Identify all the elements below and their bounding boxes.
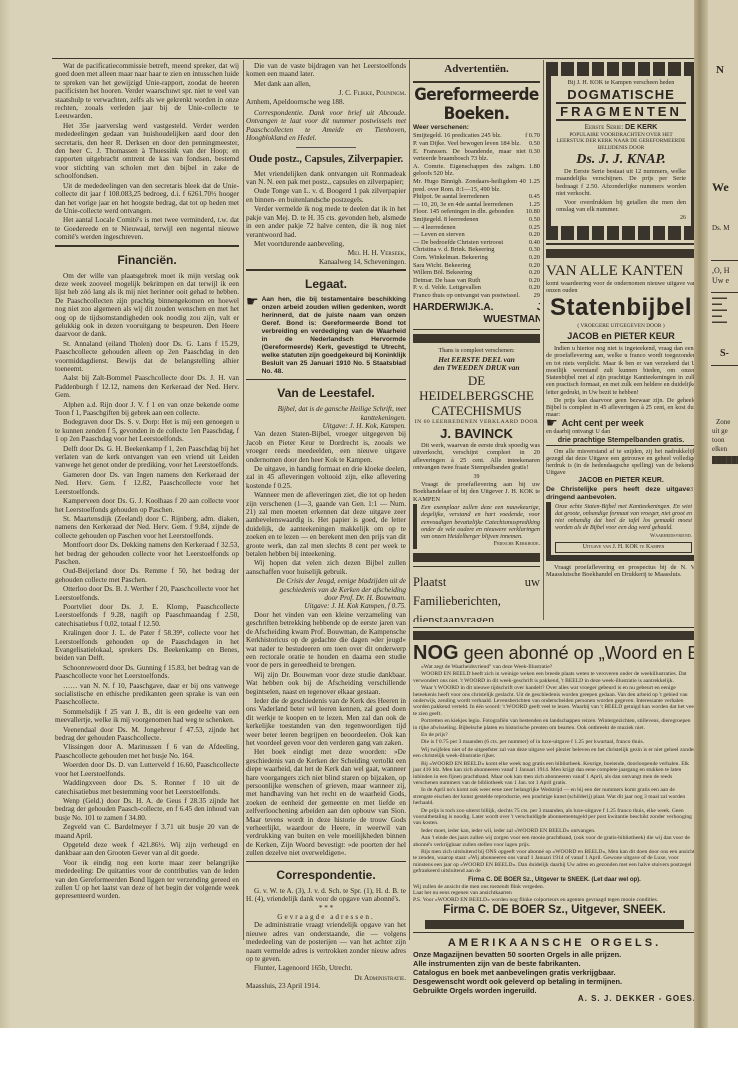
firma-big: Firma C. DE BOER Sz., Uitgever, SNEEK. [413,903,696,918]
section-rule [413,566,540,567]
donation-entry: St. Annaland (eiland Tholen) door Ds. G.… [55,340,239,374]
section-rule [246,379,406,380]
book-row: — De bedroefde Christen vertroost0.40 [413,239,540,247]
ad-border-bar [413,631,696,640]
book-row: — 4 leerredenen0.25 [413,224,540,232]
correspondentie-text: G. v. W. te A. (3), J. v. d. Sch. te Spr… [246,887,406,904]
dekker-signature: A. S. J. DEKKER - GOES. [413,995,696,1003]
ad-border-bar [413,334,540,343]
book-title: Willem Böl. Bekeering [413,269,529,277]
paragraph: WOORD EN BEELD heeft zich in weinige wek… [413,671,696,684]
next-page-text: ████████████████████████████████████████… [712,456,738,465]
book-price: 0.20 [529,277,540,285]
book-price: 0.50 [529,216,540,224]
section-rule [246,269,406,271]
book-title: Detmar. De haas van Ruth [413,277,529,285]
book-title: E. Franssen. De boandende, maar niet ver… [413,148,529,163]
paragraph: Uit de mededeelingen van den secretaris … [55,182,239,216]
donation-entry: Bodegraven door Ds. S. v. Dorp: Het is m… [55,418,239,443]
signature-name: J. C. Flikke, Pouningm. [246,89,406,97]
legaat-text: Aan hen, die bij testamentaire beschikki… [262,296,406,376]
adressen-address: Flunter, Lagenoord 165b, Utrecht. [246,964,406,972]
top-rule [52,58,697,59]
book-title: P. van Dijke. Veel bewogen leven 184 blz… [413,140,529,148]
hc-edition-2: den TWEEDEN DRUK van [413,364,540,372]
harderwijk-label: HARDERWIJK. [413,302,483,326]
book-row: — Leven en sterven0.20 [413,231,540,239]
book-price: 0.25 [529,224,540,232]
donation-entry: Oud-Beijerland door Ds. Remme f 50, het … [55,567,239,584]
donation-entry: Aalst bij Zalt-Bommel Paaschcollecte doo… [55,374,239,399]
book-row: Detmar. De haas van Ruth0.20 [413,277,540,285]
leestafel-text-2: Door het vinden van een kleine verzameli… [246,611,406,858]
ad-border-bar [413,553,540,562]
paragraph: Wij zijn Dr. Bouwman voor deze studie da… [246,671,406,696]
book-row: Corn. Winkelman. Bekeering0.20 [413,254,540,262]
next-page-fragment: uit ge [712,427,728,435]
donation-entry: Vlissingen door A. Marinussen f 6 van de… [55,743,239,760]
next-page-fragment: S- [720,348,729,359]
paragraph: Door het vinden van een kleine verzameli… [246,611,406,670]
paragraph: Met vriendelijken dank ontvangen uit Ron… [246,170,406,187]
book-title: Sara Wicht. Bekeering [413,262,529,270]
leestafel-heading: Van de Leestafel. [246,386,406,401]
paragraph: Wij hopen dat velen zich dezen Bijbel zu… [246,559,406,576]
hc-number: 39 [413,473,540,481]
book-title: A. Comrie. Eigenschappen des zaligm. gel… [413,163,529,178]
hc-author: J. BAVINCK [413,426,540,442]
ad-block-border [546,62,696,76]
next-page-fragment: Ds. M [712,224,730,232]
paragraph: Het boek eindigt met deze woorden: »De g… [246,748,406,857]
book-row: Smijtegeld. 8 leerredenen0.50 [413,216,540,224]
sb-price: De prijs kan daarvoor geen bezwaar zijn.… [546,397,696,419]
misverstand-text: Om alle misverstand af te snijden, zij h… [546,448,696,477]
column-4: Bij J. H. KOK te Kampen verscheen heden … [546,62,696,579]
book-row: E. Franssen. De boandende, maar niet ver… [413,148,540,163]
woord-title-bold: NOG [413,642,459,664]
column-divider [243,60,244,940]
book-title: — Leven en sterven [413,231,529,239]
book-row: P. v. d. Velde. Leitgevallen0.20 [413,284,540,292]
book-price: 0.20 [529,231,540,239]
orgels-line: Alle instrumenten zijn van de beste fabr… [413,959,696,968]
paragraph: De prijs is toch zoo uiterst billijk, sl… [413,808,696,827]
next-page-fragment: N [716,64,724,76]
book-row: — 10, 20, 3e en 4de aantal leerredenen1.… [413,201,540,209]
acht-cent-label: Acht cent per week [562,419,644,427]
book-row: Sara Wicht. Bekeering0.20 [413,262,540,270]
paragraph: Met voortdurende aanbeveling, [246,240,406,248]
book-title: Smijtegeld. 16 predicaties 245 blz. [413,132,525,140]
hc-title-2: CATECHISMUS [413,403,540,418]
orgels-line: Onze Magazijnen bevatten 50 soorten Orge… [413,950,696,959]
donation-entry: Delft door Ds. G. H. Beekenkamp f 1, 2en… [55,445,239,470]
book1-publisher: Uitgave: J. H. Kok, Kampen. [246,422,406,430]
book-row: P. van Dijke. Veel bewogen leven 184 blz… [413,140,540,148]
paragraph: Bij »WOORD EN BEELD« komt elke week nog … [413,761,696,787]
hc-body: Dit werk, waarvan de eerste druk spoedig… [413,442,540,472]
book-price: 0.20 [529,262,540,270]
keur-label: JACOB en PIETER KEUR [560,330,682,343]
woord-text: »Wat zegt de Waarheidsvriend" van deze W… [413,664,696,875]
vraagt-text: Vraagt proefaflevering en prospectus bij… [546,564,696,579]
paragraph: Aan 't einde des jaars zullen wij zorgen… [413,835,696,848]
paragraph: Van dezen Staten-Bijbel, vroeger uitgege… [246,430,406,464]
kok-line: Bij J. H. KOK te Kampen verscheen heden [556,79,686,87]
paragraph: Waar 't WOORD in dit nieuwe tijdschrift … [413,685,696,717]
van-alle-kanten: VAN ALLE KANTEN [546,262,696,280]
column-divider [543,60,544,620]
orgels-line: Catalogus en boek met aanbevelingen grat… [413,968,696,977]
donation-entry: Schoonrewoerd door Ds. Gunning f 15.83, … [55,664,239,681]
franco-note: Franco thuis op ontvangst van postwissel… [413,292,520,300]
section-rule [413,627,696,628]
book-title: P. v. d. Velde. Leitgevallen [413,284,529,292]
firma-line: Firma C. DE BOER Sz., Uitgever te SNEEK.… [413,876,696,884]
fragmenten-title: FRAGMENTEN [556,104,686,121]
administration-signature: De Administratie. [246,974,406,982]
paragraph: Portretten en kiekjes legio. Fotografiën… [413,718,696,731]
book-title: Floor. 145 oefeningen in dln. gebonden [413,208,526,216]
legaat-heading: Legaat. [246,277,406,292]
section-rule [546,243,696,245]
paragraph: Het 35e jaarverslag werd vastgesteld. Ve… [55,122,239,181]
adressen-heading: Gevraagde adressen. [246,913,406,921]
paragraph: En de prijs? [413,732,696,738]
donation-entry: Wenp (Geld.) door Ds. H. A. de Geus f 28… [55,797,239,822]
next-page-fragment: ,O, H [712,266,730,275]
book-title: — De bedroefde Christen vertroost [413,239,529,247]
familieberichten-ad: Plaatst uw Familieberichten, dienstaanvr… [413,573,540,622]
paragraph: Verder vermelde ik nog mede te deelen da… [246,205,406,239]
book-price: 10.80 [526,208,540,216]
dog-number: 26 [556,214,686,222]
column-divider [409,60,410,940]
donation-entry: Kralingen door J. L. de Pater f 58.39⁵, … [55,629,239,663]
book-price: 1.80 [529,163,540,178]
donation-entry: Opgeteld deze week f 421.86½. Wij zijn v… [55,841,239,858]
page-gutter [694,0,708,1028]
orgels-text: Onze Magazijnen bevatten 50 soorten Orge… [413,950,696,995]
book-price: 0.20 [529,254,540,262]
book-row: Smijtegeld. 16 predicaties 245 blz.f 0.7… [413,132,540,140]
book-price: 0.30 [529,148,540,163]
book1-title: Bijbel, dat is de gansche Heilige Schrif… [246,405,406,422]
page-edge [0,0,10,1028]
pers-text: De Christelijke pers heeft deze uitgave … [546,486,690,502]
sb-body: Indien u hiertoe nog niet is ingeteekend… [546,345,696,395]
hc-order-note: Vraagt de proefaflevering aan bij uw Boe… [413,481,540,503]
union-report-text: Wat de pacificatiecommissie betreft, mee… [55,62,239,242]
donation-entry: Veenendaal door Ds. M. Jongebreur f 47.5… [55,726,239,743]
wuestman-label: A. J. WUESTMAN. [483,302,540,326]
finance-text: Om der wille van plaatsgebrek moet ik mi… [55,272,239,901]
book-price: 0.45 [529,193,540,201]
paragraph: Bijs men zich uitsluitend bij ONS opgeef… [413,849,696,875]
next-page-fragment: We [712,180,729,195]
paragraph: Wanneer men de afleveringen ziet, die to… [246,491,406,558]
geref-boeken-subtitle: Weer verschenen: [413,124,540,132]
paragraph: Het aantal Locale Comité's is met twee v… [55,216,239,241]
book-row: Philpot. 9e aantal leerredenen0.45 [413,193,540,201]
column-2: Die van de vaste bijdragen van het Leers… [246,62,406,991]
next-page-fragment: elken [712,445,727,453]
next-page-fragment: Zone [716,418,730,426]
book-row: Willem Böl. Bekeering0.20 [413,269,540,277]
dog-body-1: De Eerste Serie bestaat uit 12 nummers, … [556,168,686,198]
donation-entry: Poortvliet door Ds. J. E. Klomp, Paaschc… [55,603,239,628]
paragraph: De uitgave, in handig formaat en drie kl… [246,465,406,490]
pointing-hand-icon: ☛ [546,419,558,427]
dog-body-2: Voor overdrukken bij getallen die men de… [556,199,686,214]
oude-postzegels-heading: Oude postz., Capsules, Zilverpapier. [246,154,406,166]
ad-number: 29 [534,292,540,300]
paragraph: Die is f 0.75 per 3 maanden (6 cts. per … [413,739,696,745]
orgels-line: Desgewenscht wordt ook geleverd op betal… [413,977,696,986]
keur-label-2: JACOB en PIETER KEUR. [546,477,696,485]
correspondentie-heading: Correspondentie. [246,868,406,883]
book-title: Smijtegeld. 8 leerredenen [413,216,529,224]
book-title: — 4 leerredenen [413,224,529,232]
ad-border-bar [546,249,696,258]
orgels-title: AMERIKAANSCHE ORGELS. [413,936,696,950]
book-title: Philpot. 9e aantal leerredenen [413,193,529,201]
book-row: Christina v. d. Brink. Bekeering0.30 [413,246,540,254]
leestafel-text: Van dezen Staten-Bijbel, vroeger uitgege… [246,430,406,576]
book-price-list: Smijtegeld. 16 predicaties 245 blz.f 0.7… [413,132,540,291]
pointing-hand-icon: ☛ [246,296,259,376]
vroegere-label: ( VROEGERE UITGEGEVEN DOOR ) [546,322,696,330]
next-page-rule [711,365,738,366]
next-page-rule [711,260,738,261]
book-price: 1.25 [529,201,540,209]
book-title: Corn. Winkelman. Bekeering [413,254,529,262]
oude-signature-2: Kanaalweg 14, Scheveningen. [246,258,406,266]
next-page-rule [711,292,738,293]
finance-heading: Financiën. [55,253,239,268]
next-page-fragment: toon [712,436,724,444]
donation-entry: Kamperveen door Ds. G. J. Koolhaas f 20 … [55,497,239,514]
donation-entry: St. Maartensdijk (Zeeland) door C. Rijnb… [55,515,239,540]
paragraph: »Wat zegt de Waarheidsvriend" van deze W… [413,664,696,670]
book-price: 0.50 [529,140,540,148]
book-price: 0.30 [529,246,540,254]
donation-entry: Gameren door Ds. van Ingen namens den Ke… [55,471,239,496]
uitgave-label: Uitgave van J. H. KOK te Kampen [555,542,692,552]
section-rule [413,932,696,933]
donation-entry: Zegveld van C. Bardelmeyer f 3.71 uit bu… [55,823,239,840]
section-rule [246,861,406,862]
donation-entry: Voor ik eindig nog een korte maar zeer b… [55,859,239,901]
next-page-sliver: N We Ds. M ,O, H Uw e ▬▬▬▬▬▬▬▬▬▬▬▬▬ S- Z… [708,0,738,1028]
paragraph: Wij twijfelen niet of de uitgeefster zal… [413,747,696,760]
donation-entry: Waddingxveen door Ds. S. Ronner f 10 uit… [55,779,239,796]
hc-quote: Een exemplaar zullen deze een nauwkeurig… [421,504,540,540]
adressen-text: De administratie vraagt vriendelijk opga… [246,921,406,963]
column-1: Wat de pacificatiecommissie betreft, mee… [55,62,239,902]
dateline: Maassluis, 23 April 1914. [246,982,406,990]
book-row: Floor. 145 oefeningen in dln. gebonden10… [413,208,540,216]
correspondence-note: Correspondentie. Dank voor brief uit Abc… [246,109,406,143]
oude-postzegels-text: Met vriendelijken dank ontvangen uit Ron… [246,170,406,249]
book-row: A. Comrie. Eigenschappen des zaligm. gel… [413,163,540,178]
paragraph: Ieder moet, ieder kan, ieder wil, ieder … [413,828,696,834]
donation-entry: Alphen a.d. Rijn door J. V. f 1 en van o… [55,401,239,418]
donation-entry: Woerden door Ds. D. van Lutterveld f 16.… [55,761,239,778]
next-page-text: ▬▬▬▬▬▬▬▬▬▬▬▬▬ [712,296,738,326]
donation-entry: Montfoort door Ds. Dekking namens den Ke… [55,541,239,566]
book-title: Mr. Hugo Binnigh. Zondaars-heiligdom 40 … [413,178,529,193]
donation-entry: Otterloo door Ds. B. J. Werther f 20, Pa… [55,585,239,602]
book2-publisher: Uitgave: J. H. Kok Kampen, f 0.75. [246,602,406,610]
hc-quote-source: Friesche Kerkbode. [421,540,540,548]
book-price: 0.20 [529,269,540,277]
book-price: f 0.70 [525,132,540,140]
book-price: 0.40 [529,239,540,247]
book-price: 1.25 [529,178,540,193]
statenbijbel-title: Statenbijbel [546,294,696,322]
quote-text: Onze echte Staten-Bijbel met Kantteekeni… [555,504,692,532]
ad-border-bar [425,920,684,929]
woord-en-beeld-ad: NOG geen abonné op „Woord en Beeld"? »Wa… [413,624,696,1004]
book-title: — 10, 20, 3e en 4de aantal leerredenen [413,201,529,209]
dogmatische-fragmenten-ad: Bij J. H. KOK te Kampen verscheen heden … [546,76,696,226]
hc-subtitle: IN 60 LEERREDENEN VERKLAARD DOOR [413,418,540,426]
book-price: 0.20 [529,284,540,292]
paragraph: Oude Tonge van L. v. d. Boogerd 1 pak zi… [246,187,406,204]
serie-title: DE KERK [625,122,657,131]
knap-author: Ds. J. J. KNAP. [556,151,686,168]
section-rule [55,245,239,247]
advertenties-heading: Advertentiën. [413,62,540,77]
thanks-text: Met dank aan allen, [246,80,406,88]
hc-title-1: DE HEIDELBERGSCHE [413,373,540,403]
next-page-fragment: Uw e [712,276,729,285]
donation-entry: Om der wille van plaatsgebrek moet ik mi… [55,272,239,339]
asterism: * * * [246,904,406,912]
section-rule [413,81,540,83]
book-row: Mr. Hugo Binnigh. Zondaars-heiligdom 40 … [413,178,540,193]
paragraph: Ieder die de geschiedenis van de Kerk de… [246,697,406,747]
oude-signature-1: Mej. H. H. Verseek, [246,249,406,257]
ad-block-border [546,226,696,240]
donation-entry: …… van N. N. f 10, Paaschgave, daar er b… [55,682,239,707]
quote-source: Waarheidsvriend. [555,532,692,540]
section-rule [413,329,540,330]
popular-subtitle: POPULAIRE VOORDRACHTEN OVER HET LEERSTUK… [556,132,686,151]
paragraph: In de April no's komt ook weer eene zeer… [413,787,696,806]
stempelbanden-label: drie prachtige Stempelbanden gratis. [546,436,696,445]
book2-title: De Crisis der Jeugd, eenige bladzijden u… [246,577,406,602]
donation-entry: Sommelsdijk f 25 van J. B., dit is een g… [55,708,239,725]
divider [296,147,356,148]
geref-boeken-title: Gereformeerde Boeken. [413,86,540,124]
intro-text: Die van de vaste bijdragen van het Leers… [246,62,406,79]
paragraph: Wat de pacificatiecommissie betreft, mee… [55,62,239,121]
dogmatische-title: DOGMATISCHE [556,87,686,104]
signature-place: Arnhem, Apeldoornsche weg 188. [246,98,406,106]
column-3: Advertentiën. Gereformeerde Boeken. Weer… [413,62,540,622]
van-alle-kanten-sub: komt waardeering voor de ondernomen nieu… [546,280,696,294]
serie-label: Eerste Serie: [585,123,624,131]
book-title: Christina v. d. Brink. Bekeering [413,246,529,254]
